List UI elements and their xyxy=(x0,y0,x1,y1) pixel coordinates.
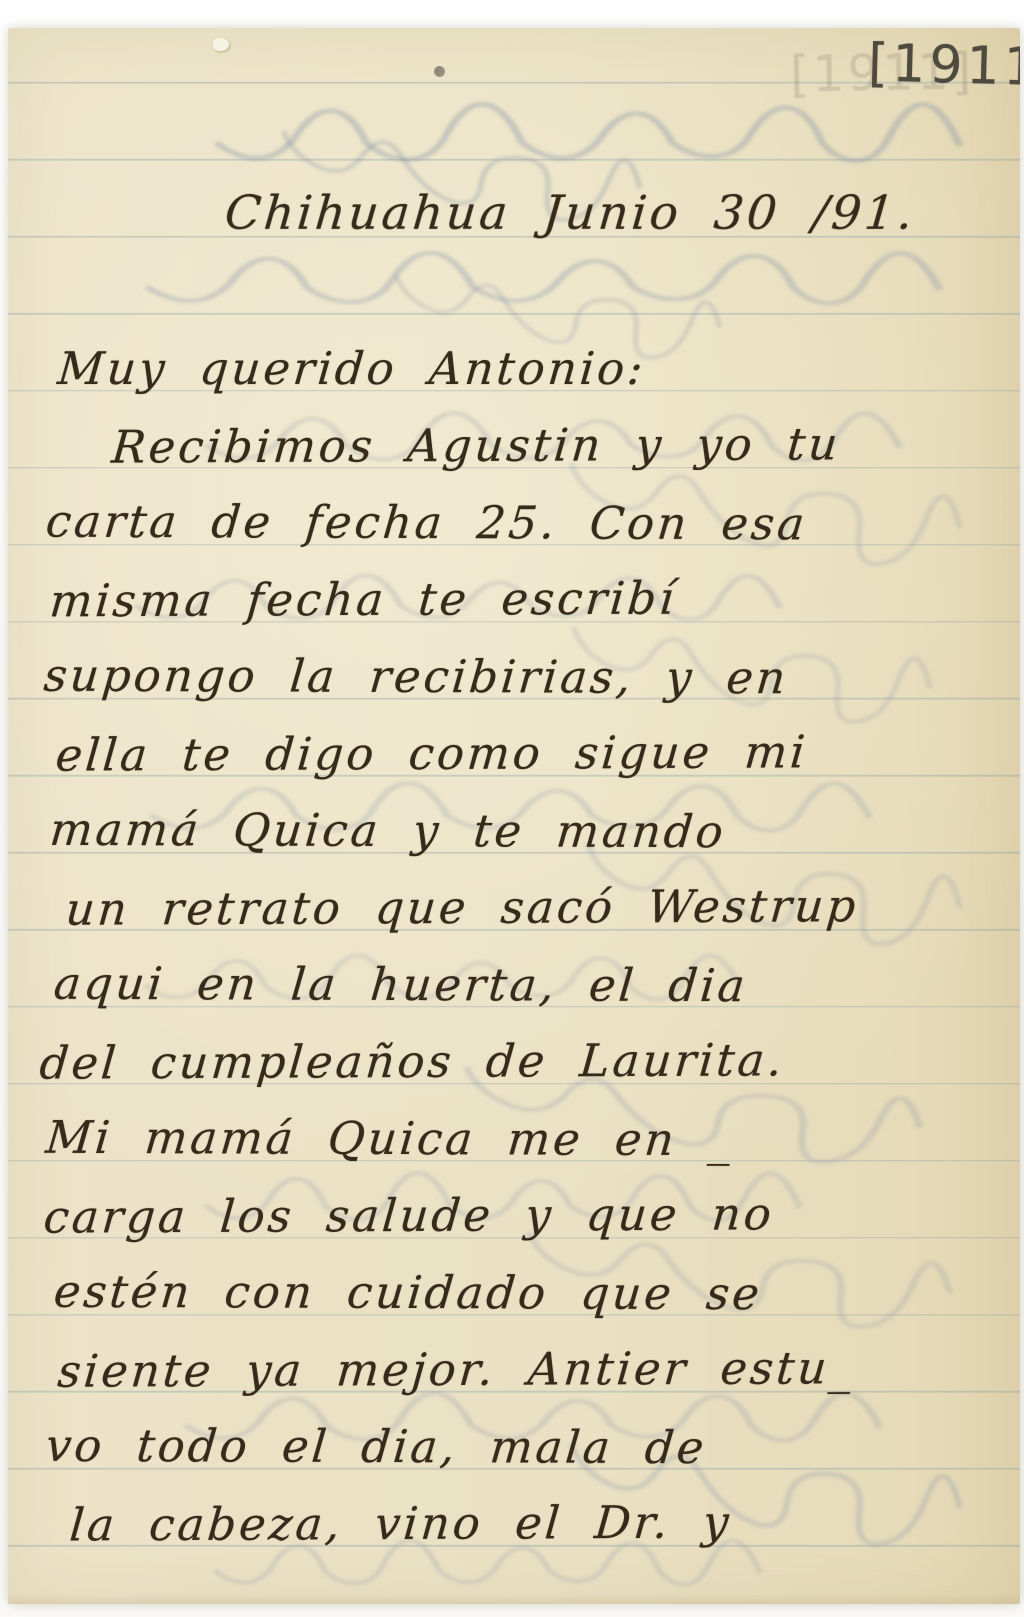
handwriting-line: mamá Quica y te mando xyxy=(48,803,729,858)
handwriting-line: ella te digo como sigue mi xyxy=(54,725,810,781)
letter-page: [1911] [1911] Chihuahua Junio 30 /91. Mu… xyxy=(8,28,1020,1604)
paper-edge-shadow xyxy=(8,1594,1020,1604)
handwriting-line: Recibimos Agustin y yo tu xyxy=(110,417,843,473)
salutation: Muy querido Antonio: xyxy=(56,342,648,395)
handwriting-line: siente ya mejor. Antier estu_ xyxy=(56,1341,858,1397)
year-annotation: [1911] xyxy=(867,33,1020,98)
handwriting-line: Mi mamá Quica me en _ xyxy=(44,1111,737,1166)
handwriting-line: un retrato que sacó Westrup xyxy=(64,879,861,935)
dateline: Chihuahua Junio 30 /91. xyxy=(223,186,918,241)
handwriting-line: supongo la recibirias, y en xyxy=(42,649,791,705)
handwriting-line: vo todo el dia, mala de xyxy=(44,1419,709,1474)
ink-speck xyxy=(434,66,445,77)
handwriting-line: estén con cuidado que se xyxy=(52,1265,765,1320)
handwriting-line: misma fecha te escribí xyxy=(48,572,679,628)
handwriting-line: carta de fecha 25. Con esa xyxy=(44,495,810,551)
paper-tear-mark xyxy=(213,38,229,51)
handwriting-line: carga los salude y que no xyxy=(42,1187,777,1243)
handwriting-line: la cabeza, vino el Dr. y xyxy=(68,1496,734,1552)
handwriting-line: aqui en la huerta, el dia xyxy=(52,957,750,1012)
handwriting-line: del cumpleaños de Laurita. xyxy=(38,1033,787,1089)
